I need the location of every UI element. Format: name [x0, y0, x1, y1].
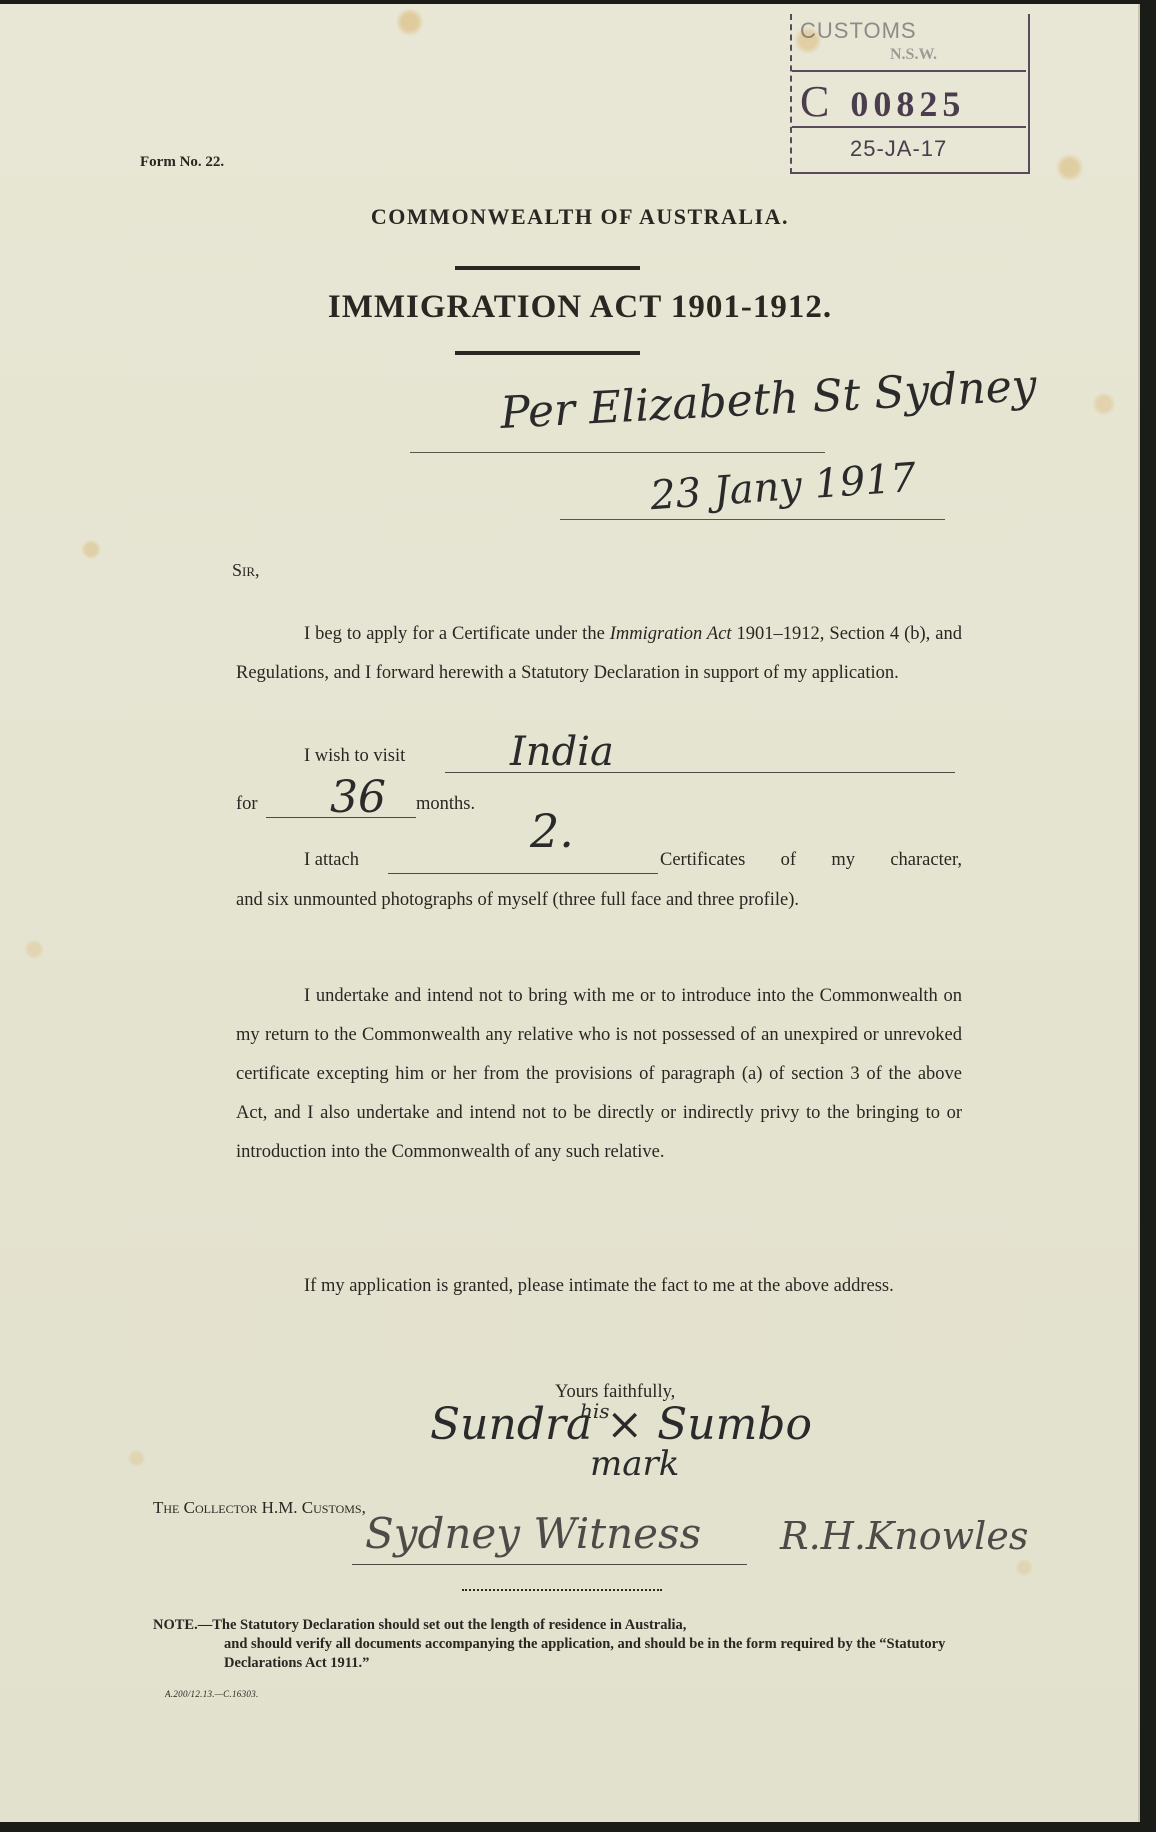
- attach-tail: Certificates of my character,: [660, 850, 962, 871]
- certificates-count-field: 2.: [530, 804, 574, 858]
- witness-signature: R.H.Knowles: [780, 1514, 1028, 1558]
- addressee: The Collector H.M. Customs,: [153, 1498, 366, 1518]
- certificates-field-line: [388, 873, 658, 874]
- months-label: months.: [416, 794, 475, 815]
- salutation: Sir,: [232, 560, 260, 581]
- paragraph-photographs: and six unmounted photographs of myself …: [236, 881, 962, 920]
- witness-line: [352, 1564, 747, 1565]
- heading: COMMONWEALTH OF AUSTRALIA.: [0, 204, 1138, 230]
- print-code: A.200/12.13.—C.16303.: [165, 1689, 259, 1699]
- paragraph-application: I beg to apply for a Certificate under t…: [236, 615, 962, 693]
- for-label: for: [236, 794, 258, 815]
- title-rule-bottom: [455, 351, 640, 355]
- title-rule-top: [455, 266, 640, 270]
- stamp-letter: C: [800, 77, 832, 126]
- footnote: NOTE.—The Statutory Declaration should s…: [153, 1616, 983, 1673]
- date-line: [560, 519, 945, 520]
- signature-his: his: [580, 1399, 610, 1423]
- stamp-divider: [792, 70, 1026, 72]
- paragraph-undertaking: I undertake and intend not to bring with…: [236, 977, 962, 1172]
- form-number: Form No. 22.: [140, 154, 224, 171]
- stamp-date: 25-JA-17: [850, 136, 947, 162]
- stamp-header: CUSTOMS: [800, 18, 917, 44]
- signature-mark: mark: [590, 1444, 679, 1484]
- act-name: Immigration Act: [610, 624, 732, 644]
- destination-field: India: [510, 729, 614, 775]
- visit-label: I wish to visit: [304, 746, 405, 767]
- note-rest: and should verify all documents accompan…: [153, 1635, 983, 1673]
- paragraph-intimate: If my application is granted, please int…: [236, 1267, 962, 1306]
- note-lead: NOTE.—The Statutory Declaration should s…: [153, 1617, 686, 1633]
- address-line: [410, 452, 825, 453]
- customs-stamp: CUSTOMS N.S.W. C00825 25-JA-17: [790, 14, 1028, 174]
- months-field: 36: [330, 772, 386, 823]
- witness-location: Sydney Witness: [365, 1509, 701, 1558]
- stamp-serial: 00825: [850, 84, 965, 124]
- attach-label: I attach: [304, 850, 359, 871]
- document-page: CUSTOMS N.S.W. C00825 25-JA-17 Form No. …: [0, 4, 1140, 1822]
- stamp-subheader: N.S.W.: [890, 46, 937, 64]
- stamp-divider: [792, 126, 1026, 128]
- stamp-number: C00825: [800, 76, 965, 127]
- text: I beg to apply for a Certificate under t…: [304, 624, 610, 644]
- applicant-signature: Sundra × Sumbo: [430, 1399, 812, 1450]
- document-title: IMMIGRATION ACT 1901-1912.: [0, 289, 1138, 326]
- handwritten-date: 23 Jany 1917: [649, 455, 918, 519]
- decorative-rule: [462, 1589, 662, 1597]
- handwritten-address: Per Elizabeth St Sydney: [499, 360, 1038, 439]
